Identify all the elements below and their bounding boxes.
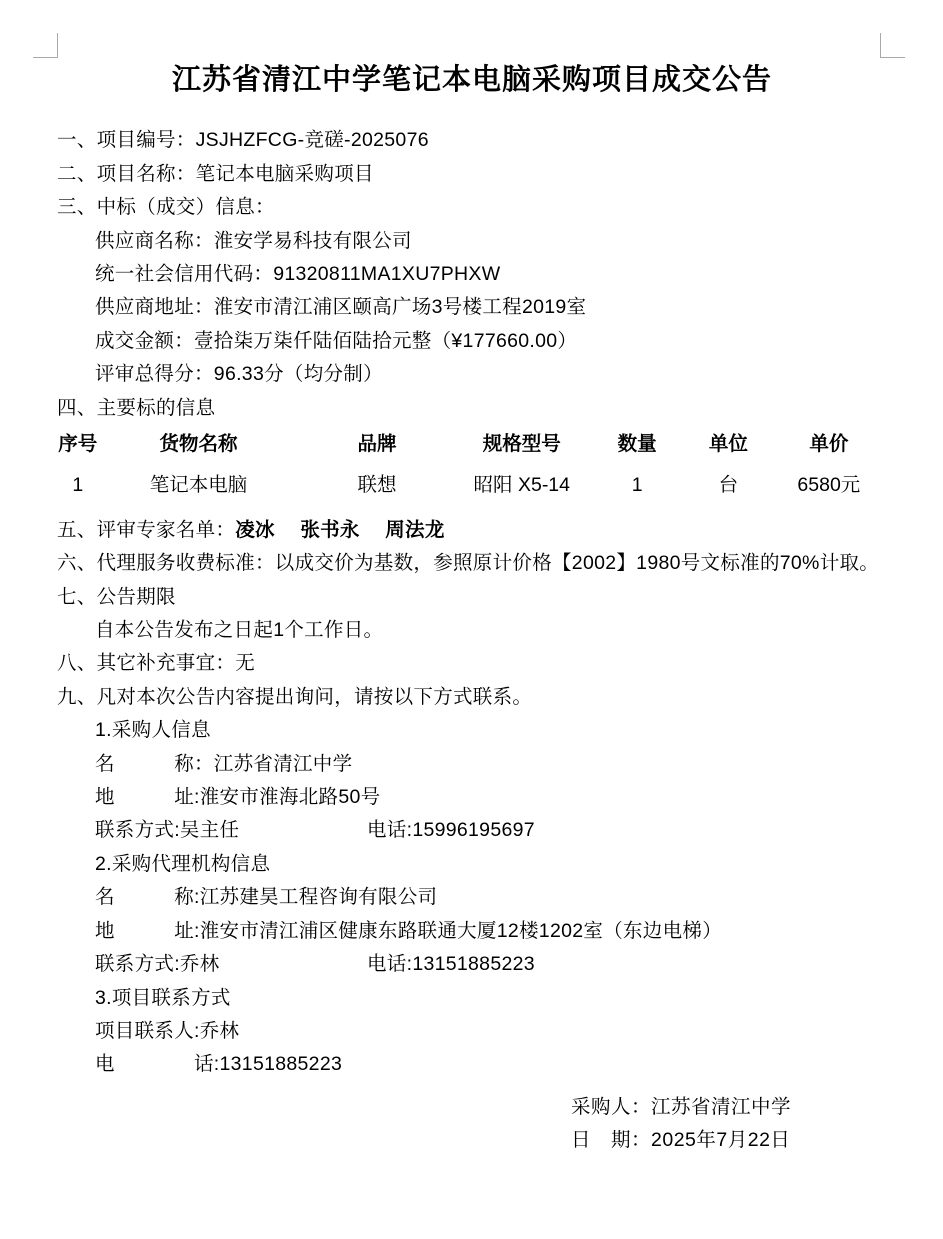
goods-table-cell: 1 [588,461,686,507]
goods-table-header: 单位 [686,428,771,461]
line-subject-heading: 四、主要标的信息 [57,392,887,425]
goods-table: 序号 货物名称 品牌 规格型号 数量 单位 单价 1 笔记本电脑 联想 昭阳 X… [57,428,887,508]
goods-table-header: 序号 [57,428,99,461]
line-agency-heading: 2.采购代理机构信息 [57,848,887,881]
line-purchaser-heading: 1.采购人信息 [57,714,887,747]
corner-mark-left [33,33,58,58]
signature-date: 日 期：2025年7月22日 [571,1124,887,1157]
line-project-name: 二、项目名称：笔记本电脑采购项目 [57,158,887,191]
goods-table-header: 规格型号 [455,428,588,461]
goods-table-cell: 台 [686,461,771,507]
line-inquiry-heading: 九、凡对本次公告内容提出询问，请按以下方式联系。 [57,681,887,714]
line-agency-address: 地 址:淮安市清江浦区健康东路联通大厦12楼1202室（东边电梯） [57,915,887,948]
line-notice-period-text: 自本公告发布之日起1个工作日。 [57,614,887,647]
agency-contact-person: 联系方式:乔林 [95,948,367,981]
line-experts: 五、评审专家名单：凌冰 张书永 周法龙 [57,514,887,547]
purchaser-phone: 电话:15996195697 [367,814,535,847]
goods-table-header: 单价 [771,428,887,461]
experts-names: 凌冰 张书永 周法龙 [235,519,444,541]
line-agency-name: 名 称:江苏建昊工程咨询有限公司 [57,881,887,914]
signature-block: 采购人：江苏省清江中学 日 期：2025年7月22日 [57,1091,887,1158]
line-project-contact-person: 项目联系人:乔林 [57,1015,887,1048]
line-award-heading: 三、中标（成交）信息： [57,191,887,224]
goods-table-cell: 6580元 [771,461,887,507]
line-supplier-address: 供应商地址：淮安市清江浦区颐高广场3号楼工程2019室 [57,291,887,324]
line-agency-fee: 六、代理服务收费标准：以成交价为基数，参照原计价格【2002】1980号文标准的… [57,547,887,580]
line-review-score: 评审总得分：96.33分（均分制） [57,358,887,391]
line-project-contact-heading: 3.项目联系方式 [57,982,887,1015]
experts-label: 五、评审专家名单： [57,519,235,541]
goods-table-header: 数量 [588,428,686,461]
document-content: 江苏省清江中学笔记本电脑采购项目成交公告 一、项目编号：JSJHZFCG-竞磋-… [57,0,887,1158]
line-notice-period-heading: 七、公告期限 [57,581,887,614]
goods-table-header: 货物名称 [99,428,299,461]
line-purchaser-contact: 联系方式:吴主任 电话:15996195697 [57,814,887,847]
line-agency-contact: 联系方式:乔林 电话:13151885223 [57,948,887,981]
line-deal-amount: 成交金额：壹拾柒万柒仟陆佰陆拾元整（¥177660.00） [57,325,887,358]
line-project-contact-phone: 电 话:13151885223 [57,1048,887,1081]
line-supplier-name: 供应商名称：淮安学易科技有限公司 [57,225,887,258]
goods-table-cell: 昭阳 X5-14 [455,461,588,507]
signature-purchaser: 采购人：江苏省清江中学 [571,1091,887,1124]
purchaser-contact-person: 联系方式:吴主任 [95,814,367,847]
agency-phone: 电话:13151885223 [367,948,535,981]
goods-table-cell: 笔记本电脑 [99,461,299,507]
document-page: { "document": { "title": "江苏省清江中学笔记本电脑采购… [0,0,943,1239]
line-credit-code: 统一社会信用代码：91320811MA1XU7PHXW [57,258,887,291]
document-title: 江苏省清江中学笔记本电脑采购项目成交公告 [57,64,887,97]
line-project-number: 一、项目编号：JSJHZFCG-竞磋-2025076 [57,124,887,157]
goods-table-cell: 1 [57,461,99,507]
line-purchaser-name: 名 称：江苏省清江中学 [57,748,887,781]
goods-table-header: 品牌 [299,428,456,461]
line-other-matters: 八、其它补充事宜：无 [57,647,887,680]
line-purchaser-address: 地 址:淮安市淮海北路50号 [57,781,887,814]
goods-table-cell: 联想 [299,461,456,507]
